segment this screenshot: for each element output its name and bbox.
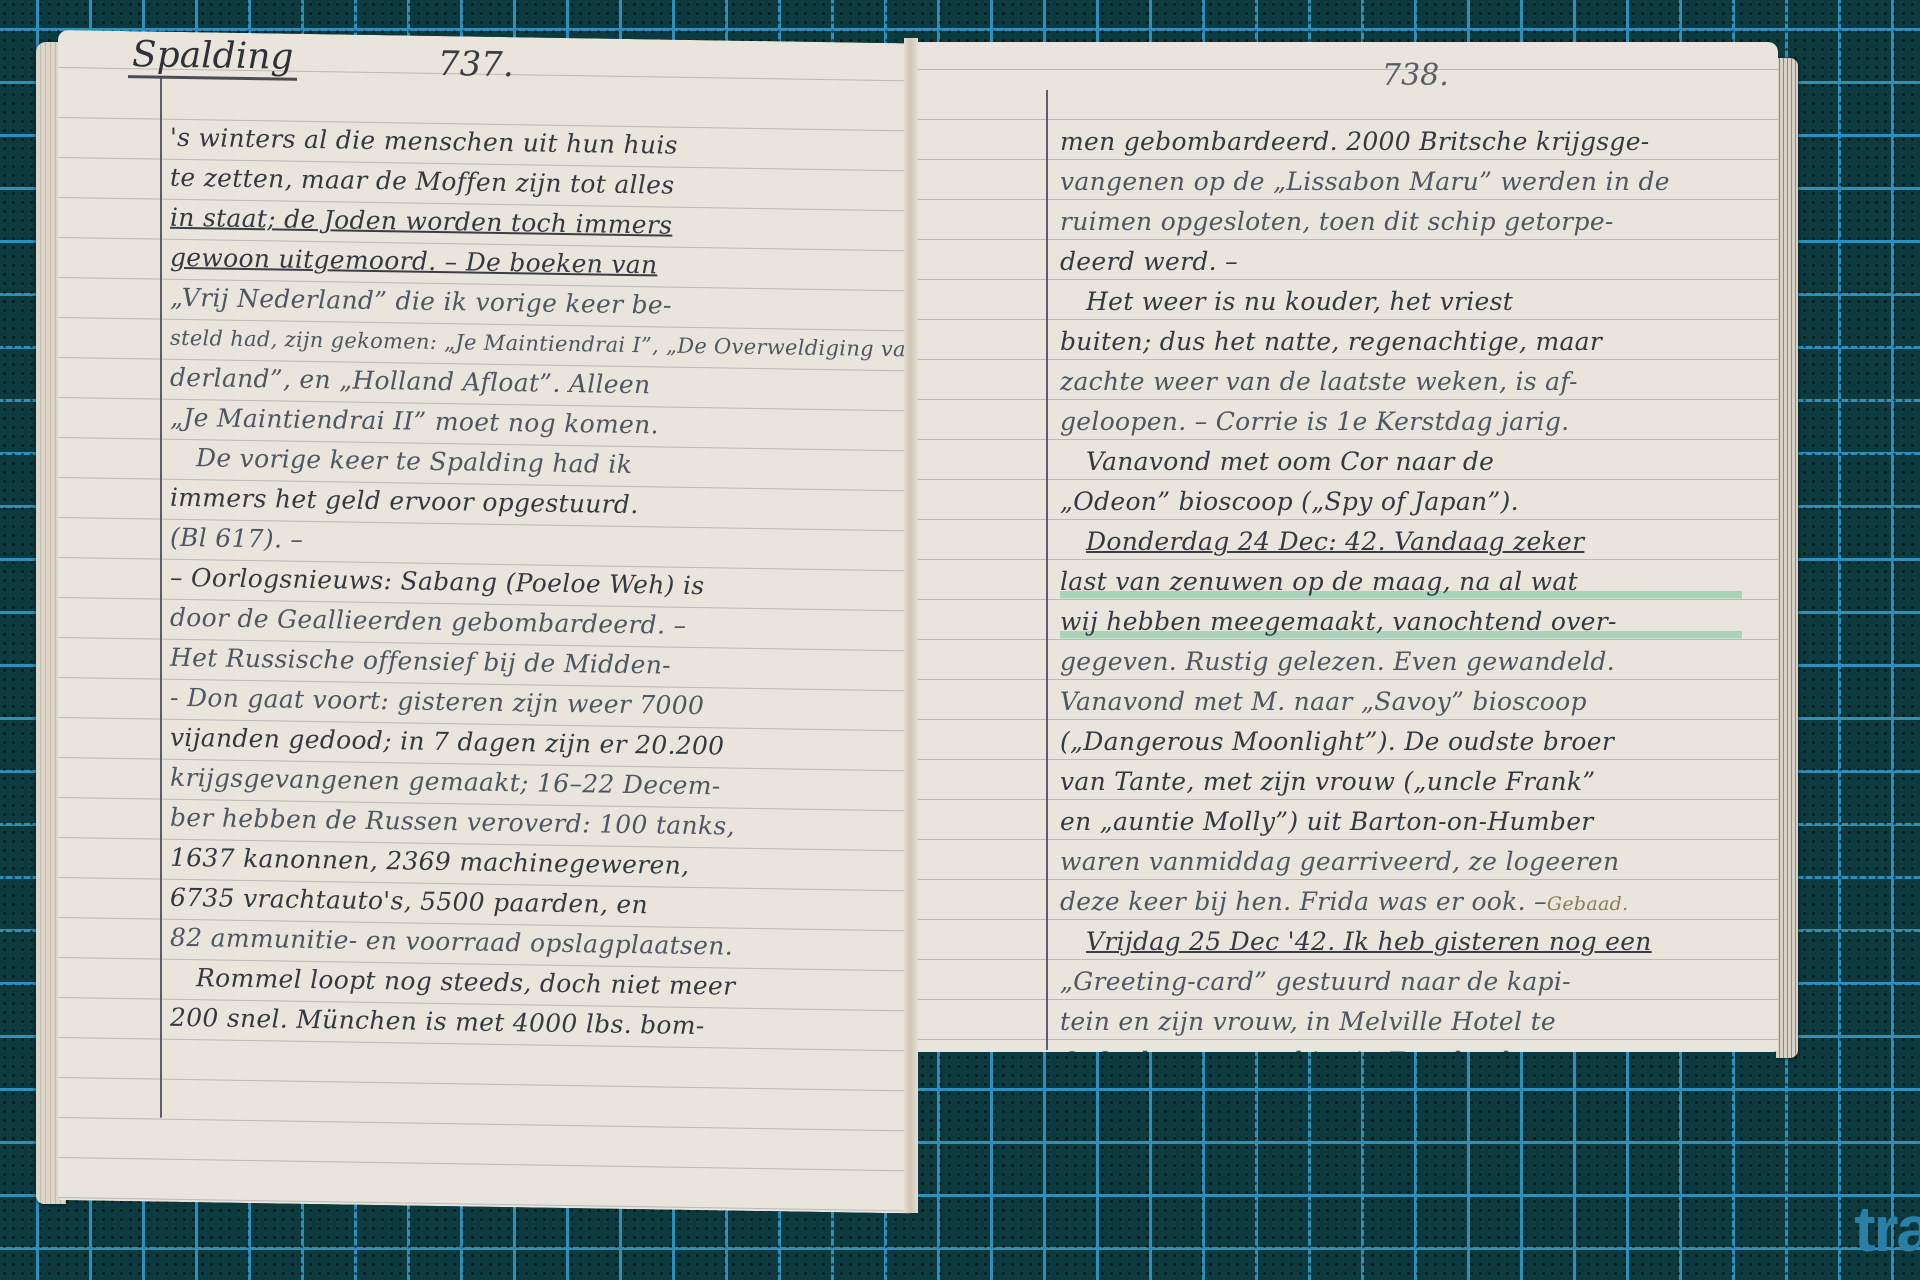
book-gutter	[904, 38, 918, 1213]
text-line: Vanavond met oom Cor naar de	[1060, 444, 1742, 484]
text-line: en „auntie Molly”) uit Barton-on-Humber	[1060, 804, 1742, 844]
left-page-text: 's winters al die menschen uit hun huis …	[170, 120, 902, 1051]
page-number-left: 737.	[438, 44, 514, 85]
text-line: waren vanmiddag gearriveerd, ze logeeren	[1060, 844, 1742, 884]
text-line: deze keer bij hen. Frida was er ook. –Ge…	[1060, 884, 1742, 924]
right-page: 738. men gebombardeerd. 2000 Britsche kr…	[912, 42, 1778, 1052]
text-line: Het weer is nu kouder, het vriest	[1060, 284, 1742, 324]
right-page-edges	[1776, 58, 1798, 1058]
text-line-highlighted: wij hebben meegemaakt, vanochtend over-	[1060, 604, 1742, 644]
text-line-highlighted: last van zenuwen op de maag, na al wat	[1060, 564, 1742, 604]
right-margin-rule	[1046, 90, 1048, 1050]
text-line: gegeven. Rustig gelezen. Even gewandeld.	[1060, 644, 1742, 684]
text-line: buiten; dus het natte, regenachtige, maa…	[1060, 324, 1742, 364]
text-line: zachte weer van de laatste weken, is af-	[1060, 364, 1742, 404]
text-line: („Dangerous Moonlight”). De oudste broer	[1060, 724, 1742, 764]
page-heading: Spalding	[128, 35, 297, 81]
text-line: „Odeon” bioscoop („Spy of Japan”).	[1060, 484, 1742, 524]
page-number-right: 738.	[1382, 58, 1449, 93]
text-line: van Tante, met zijn vrouw („uncle Frank”	[1060, 764, 1742, 804]
left-margin-rule	[160, 78, 162, 1118]
text-line: tein en zijn vrouw, in Melville Hotel te	[1060, 1004, 1742, 1044]
text-line: deerd werd. –	[1060, 244, 1742, 284]
right-page-text: men gebombardeerd. 2000 Britsche krijgsg…	[1060, 124, 1742, 1052]
text-line: „Greeting-card” gestuurd naar de kapi-	[1060, 964, 1742, 1004]
diary-entry-date: Vrijdag 25 Dec '42. Ik heb gisteren nog …	[1060, 924, 1742, 964]
watermark-logo: tra	[1854, 1192, 1920, 1266]
text-line: ruimen opgesloten, toen dit schip getorp…	[1060, 204, 1742, 244]
text-line: geloopen. – Corrie is 1e Kerstdag jarig.	[1060, 404, 1742, 444]
text-line: Oxford, ze sturen hier in Engeland	[1060, 1044, 1742, 1052]
text-line: Vanavond met M. naar „Savoy” bioscoop	[1060, 684, 1742, 724]
left-page: Spalding 737. 's winters al die menschen…	[58, 30, 910, 1213]
diary-entry-date: Donderdag 24 Dec: 42. Vandaag zeker	[1060, 524, 1742, 564]
margin-note: Gebaad.	[1547, 893, 1629, 915]
text-line: vangenen op de „Lissabon Maru” werden in…	[1060, 164, 1742, 204]
text-line: men gebombardeerd. 2000 Britsche krijgsg…	[1060, 124, 1742, 164]
text-span: deze keer bij hen. Frida was er ook. –	[1060, 887, 1547, 916]
